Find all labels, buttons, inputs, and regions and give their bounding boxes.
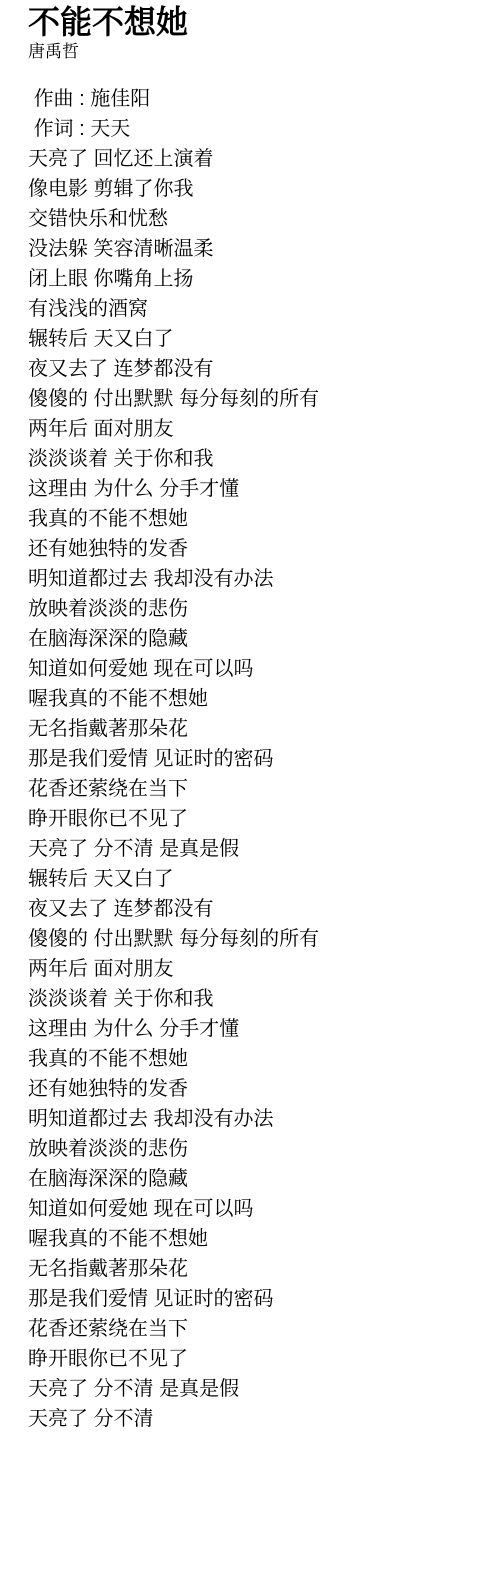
lyric-line: 花香还萦绕在当下 (28, 774, 480, 804)
lyric-line: 放映着淡淡的悲伤 (28, 594, 480, 624)
lyric-line: 傻傻的 付出默默 每分每刻的所有 (28, 384, 480, 414)
lyric-line: 还有她独特的发香 (28, 534, 480, 564)
lyric-line: 我真的不能不想她 (28, 504, 480, 534)
lyric-line: 天亮了 分不清 是真是假 (28, 1374, 480, 1404)
lyric-line: 这理由 为什么 分手才懂 (28, 474, 480, 504)
lyric-line: 夜又去了 连梦都没有 (28, 354, 480, 384)
lyric-line: 傻傻的 付出默默 每分每刻的所有 (28, 924, 480, 954)
lyric-line: 像电影 剪辑了你我 (28, 174, 480, 204)
lyric-line: 那是我们爱情 见证时的密码 (28, 1284, 480, 1314)
lyric-line: 无名指戴著那朵花 (28, 1254, 480, 1284)
lyricist-credit: 作词 : 天天 (28, 114, 480, 144)
lyric-line: 喔我真的不能不想她 (28, 684, 480, 714)
lyric-line: 这理由 为什么 分手才懂 (28, 1014, 480, 1044)
lyric-line: 放映着淡淡的悲伤 (28, 1134, 480, 1164)
lyric-line: 睁开眼你已不见了 (28, 804, 480, 834)
lyric-line: 两年后 面对朋友 (28, 954, 480, 984)
lyric-line: 没法躲 笑容清晰温柔 (28, 234, 480, 264)
lyric-line: 喔我真的不能不想她 (28, 1224, 480, 1254)
lyric-line: 无名指戴著那朵花 (28, 714, 480, 744)
lyric-line: 夜又去了 连梦都没有 (28, 894, 480, 924)
lyric-line: 淡淡谈着 关于你和我 (28, 444, 480, 474)
artist-name: 唐禹哲 (28, 42, 480, 62)
lyric-line: 有浅浅的酒窝 (28, 294, 480, 324)
lyrics-block: 作曲 : 施佳阳 作词 : 天天 天亮了 回忆还上演着 像电影 剪辑了你我 交错… (28, 84, 480, 1434)
lyrics-page: 不能不想她 唐禹哲 作曲 : 施佳阳 作词 : 天天 天亮了 回忆还上演着 像电… (0, 0, 500, 1570)
lyric-line: 交错快乐和忧愁 (28, 204, 480, 234)
song-title: 不能不想她 (28, 2, 480, 42)
lyric-line: 在脑海深深的隐藏 (28, 1164, 480, 1194)
lyric-line: 天亮了 分不清 (28, 1404, 480, 1434)
lyric-line: 辗转后 天又白了 (28, 864, 480, 894)
lyric-line: 那是我们爱情 见证时的密码 (28, 744, 480, 774)
composer-credit: 作曲 : 施佳阳 (28, 84, 480, 114)
lyric-line: 花香还萦绕在当下 (28, 1314, 480, 1344)
lyric-line: 睁开眼你已不见了 (28, 1344, 480, 1374)
lyric-line: 在脑海深深的隐藏 (28, 624, 480, 654)
lyric-line: 淡淡谈着 关于你和我 (28, 984, 480, 1014)
lyric-line: 闭上眼 你嘴角上扬 (28, 264, 480, 294)
lyric-line: 知道如何爱她 现在可以吗 (28, 654, 480, 684)
lyric-line: 知道如何爱她 现在可以吗 (28, 1194, 480, 1224)
lyric-line: 我真的不能不想她 (28, 1044, 480, 1074)
lyric-line: 还有她独特的发香 (28, 1074, 480, 1104)
lyric-line: 天亮了 分不清 是真是假 (28, 834, 480, 864)
lyric-line: 辗转后 天又白了 (28, 324, 480, 354)
lyric-line: 两年后 面对朋友 (28, 414, 480, 444)
lyric-line: 明知道都过去 我却没有办法 (28, 1104, 480, 1134)
lyric-line: 明知道都过去 我却没有办法 (28, 564, 480, 594)
lyric-line: 天亮了 回忆还上演着 (28, 144, 480, 174)
